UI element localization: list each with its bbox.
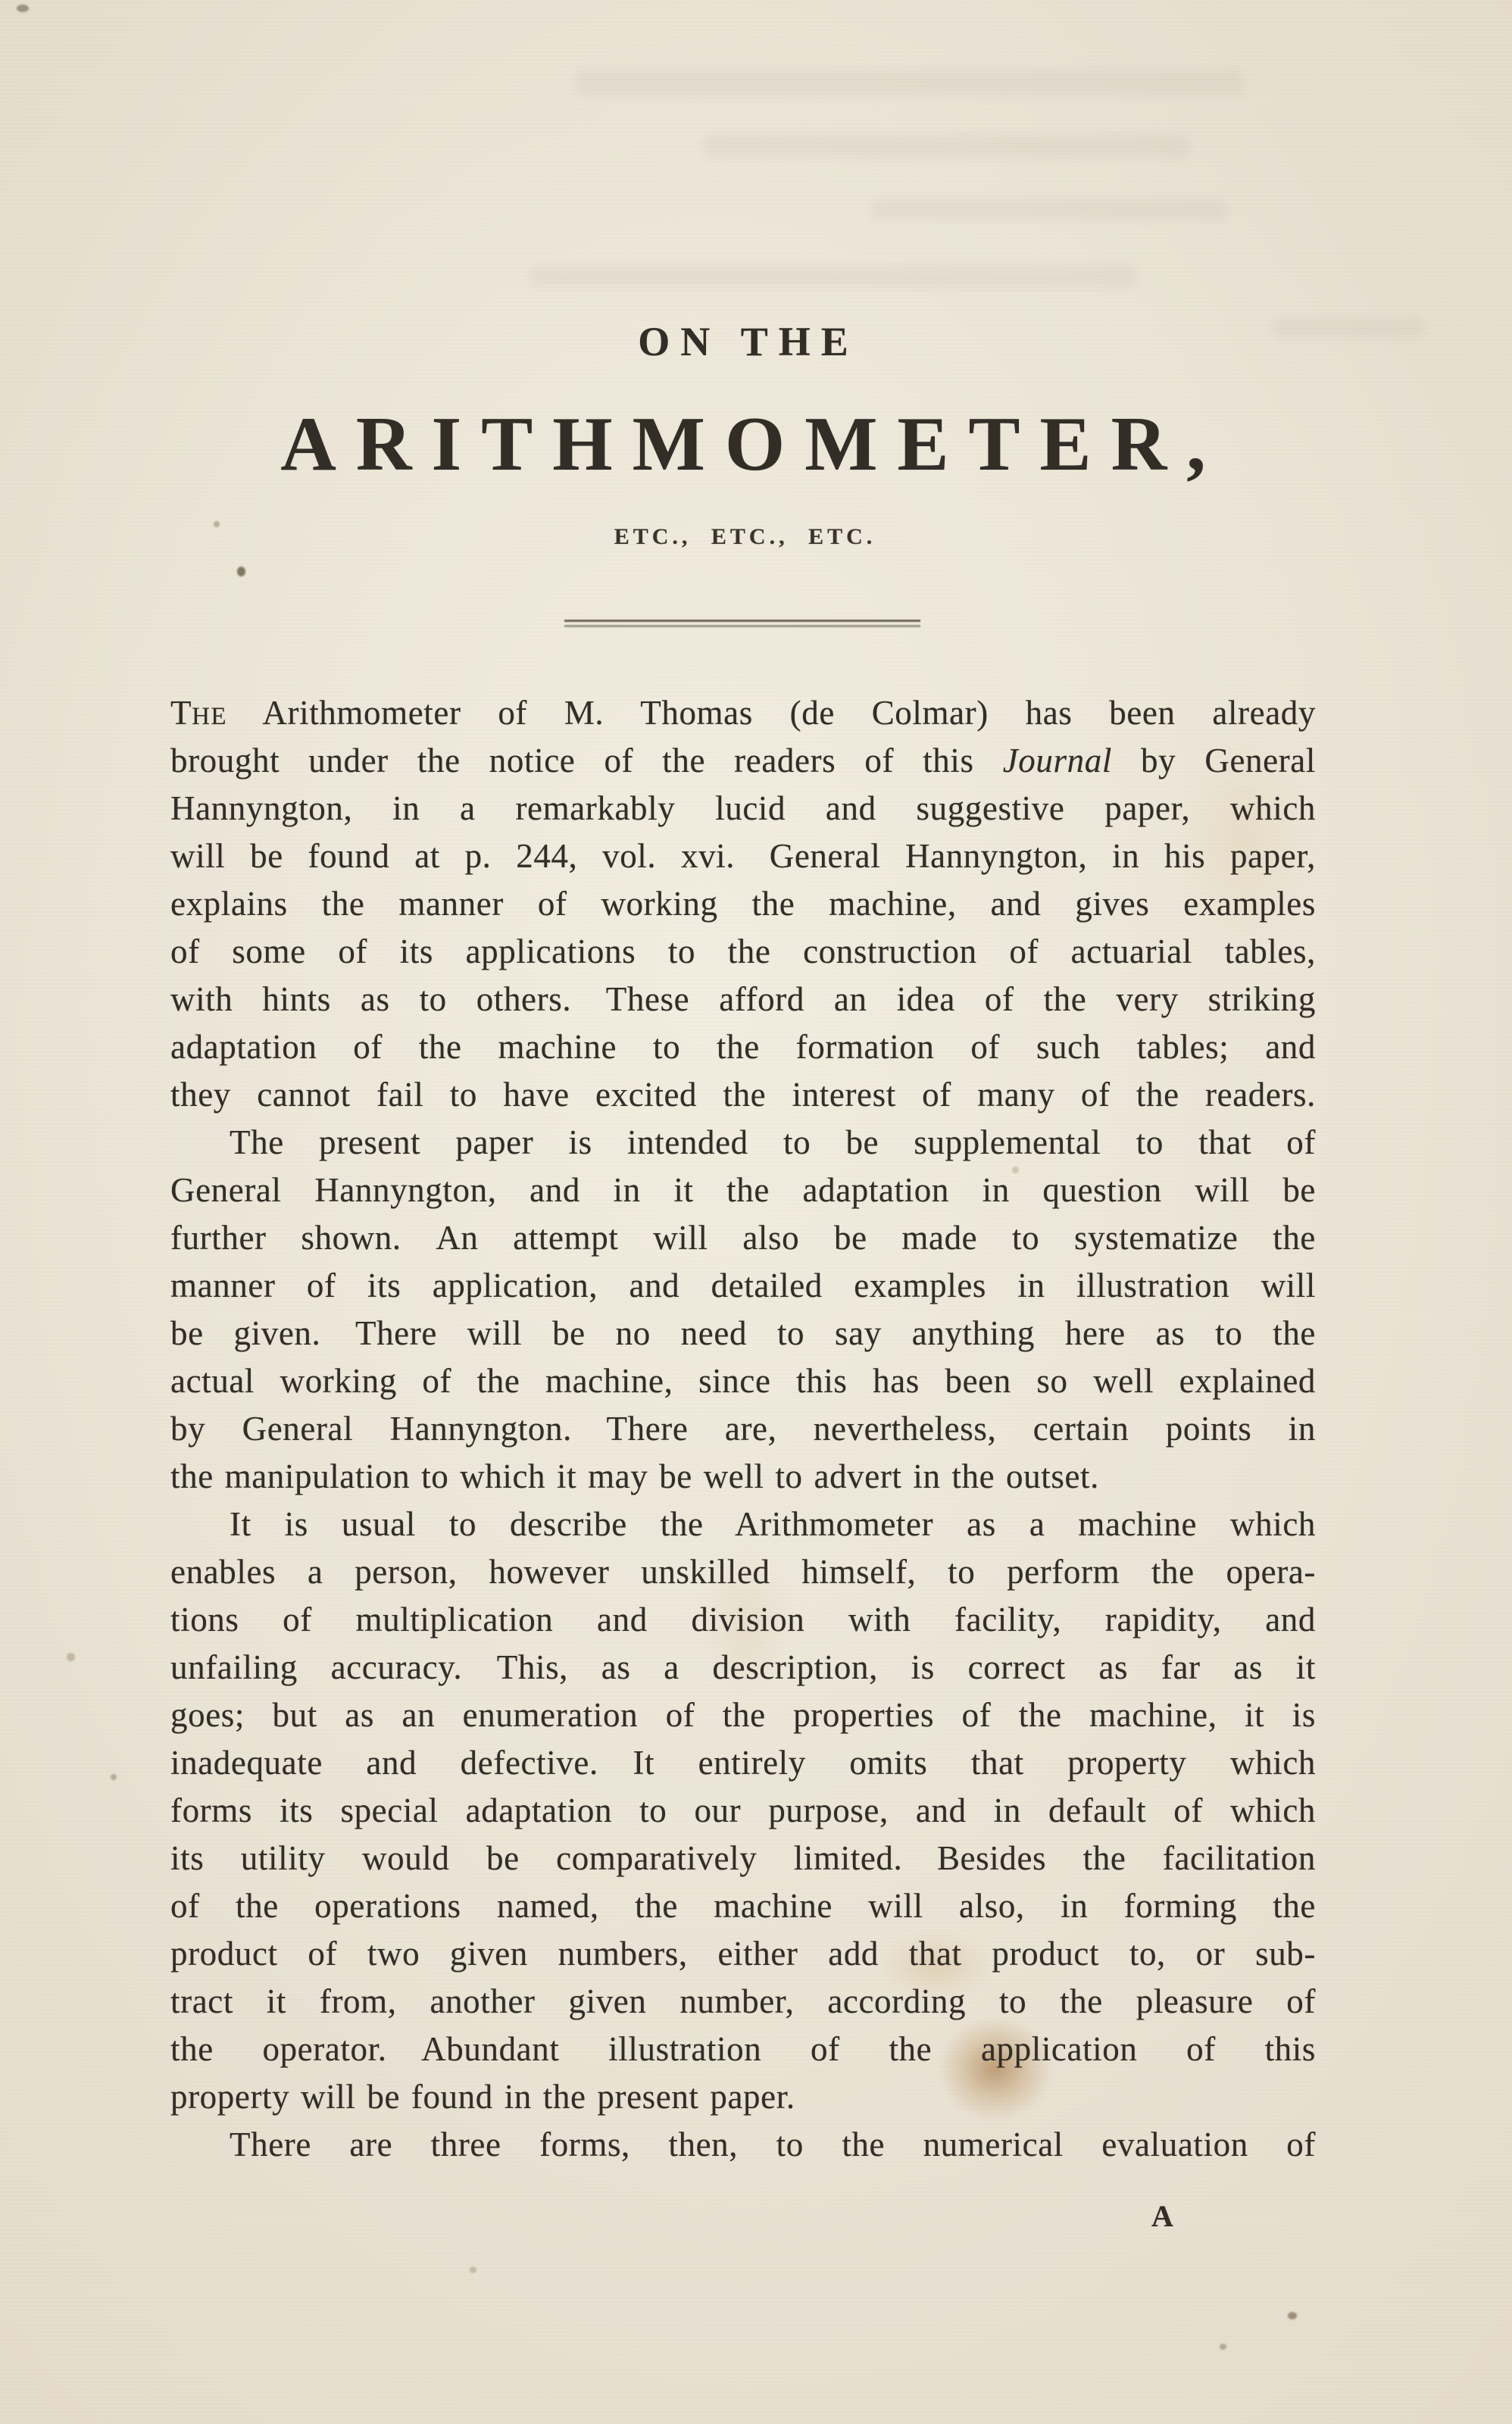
paper-speck xyxy=(67,1653,75,1661)
text-line: unfailing accuracy. This, as a descripti… xyxy=(170,1644,1316,1691)
showthrough-smudge xyxy=(576,70,1242,95)
scanned-page: ON THE ARITHMOMETER, ETC., ETC., ETC. TH… xyxy=(0,0,1512,2424)
text-segment: goes; but as an enumeration of the prope… xyxy=(170,1696,1316,1734)
showthrough-smudge xyxy=(871,198,1227,220)
title-rule xyxy=(564,620,920,627)
showthrough-smudge xyxy=(704,135,1189,158)
text-segment: tract it from, another given number, acc… xyxy=(170,1982,1316,2020)
text-segment: by General Hannyngton. There are, nevert… xyxy=(170,1410,1316,1448)
text-segment: The present paper is intended to be supp… xyxy=(230,1123,1316,1161)
text-segment: the operator. Abundant illustration of t… xyxy=(170,2030,1316,2068)
text-line: There are three forms, then, to the nume… xyxy=(170,2121,1316,2169)
text-segment: brought under the notice of the readers … xyxy=(170,742,1003,779)
text-segment: tions of multiplication and division wit… xyxy=(170,1601,1316,1638)
text-segment: It is usual to describe the Arithmometer… xyxy=(230,1505,1316,1543)
paper-speck xyxy=(1288,2312,1297,2319)
heading-on-the: ON THE xyxy=(170,318,1316,365)
text-line: by General Hannyngton. There are, nevert… xyxy=(170,1405,1316,1453)
paper-speck xyxy=(237,567,245,576)
text-line: the manipulation to which it may be well… xyxy=(170,1453,1316,1501)
text-line: with hints as to others. These afford an… xyxy=(170,976,1316,1023)
text-line: brought under the notice of the readers … xyxy=(170,737,1316,785)
italic-text: Journal xyxy=(1003,742,1112,779)
text-line: product of two given numbers, either add… xyxy=(170,1930,1316,1978)
smallcaps-text: HE xyxy=(192,703,227,730)
text-segment: with hints as to others. These afford an… xyxy=(170,980,1316,1018)
text-segment: Arithmometer of M. Thomas (de Colmar) ha… xyxy=(227,694,1316,732)
text-line: further shown. An attempt will also be m… xyxy=(170,1214,1316,1262)
signature-mark: A xyxy=(1151,2198,1173,2235)
text-line: THE Arithmometer of M. Thomas (de Colmar… xyxy=(170,689,1316,737)
text-line: will be found at p. 244, vol. xvi. Gener… xyxy=(170,832,1316,880)
text-line: its utility would be comparatively limit… xyxy=(170,1835,1316,1882)
text-line: enables a person, however unskilled hims… xyxy=(170,1548,1316,1596)
text-line: be given. There will be no need to say a… xyxy=(170,1310,1316,1357)
text-segment: by General xyxy=(1112,742,1316,779)
text-segment: T xyxy=(170,694,192,732)
text-segment: inadequate and defective. It entirely om… xyxy=(170,1744,1316,1782)
text-line: the operator. Abundant illustration of t… xyxy=(170,2026,1316,2073)
text-line: inadequate and defective. It entirely om… xyxy=(170,1739,1316,1787)
text-line: General Hannyngton, and in it the adapta… xyxy=(170,1167,1316,1214)
text-segment: explains the manner of working the machi… xyxy=(170,885,1316,923)
text-segment: further shown. An attempt will also be m… xyxy=(170,1219,1316,1257)
text-segment: manner of its application, and detailed … xyxy=(170,1267,1316,1304)
text-line: actual working of the machine, since thi… xyxy=(170,1357,1316,1405)
text-segment: property will be found in the present pa… xyxy=(170,2078,795,2116)
text-line: adaptation of the machine to the formati… xyxy=(170,1023,1316,1071)
text-line: explains the manner of working the machi… xyxy=(170,880,1316,928)
text-line: they cannot fail to have excited the int… xyxy=(170,1071,1316,1119)
text-line: It is usual to describe the Arithmometer… xyxy=(170,1501,1316,1548)
text-segment: of the operations named, the machine wil… xyxy=(170,1887,1316,1925)
body-text: THE Arithmometer of M. Thomas (de Colmar… xyxy=(170,689,1316,2169)
text-segment: unfailing accuracy. This, as a descripti… xyxy=(170,1648,1316,1686)
page-title: ARITHMOMETER, xyxy=(170,400,1316,489)
text-segment: General Hannyngton, and in it the adapta… xyxy=(170,1171,1316,1209)
text-line: of some of its applications to the const… xyxy=(170,928,1316,976)
text-segment: the manipulation to which it may be well… xyxy=(170,1457,1099,1495)
text-line: manner of its application, and detailed … xyxy=(170,1262,1316,1310)
text-segment: will be found at p. 244, vol. xvi. Gener… xyxy=(170,837,1316,875)
text-line: Hannyngton, in a remarkably lucid and su… xyxy=(170,785,1316,832)
text-segment: enables a person, however unskilled hims… xyxy=(170,1553,1316,1591)
paper-speck xyxy=(17,5,29,12)
text-segment: they cannot fail to have excited the int… xyxy=(170,1076,1316,1114)
text-segment: Hannyngton, in a remarkably lucid and su… xyxy=(170,789,1316,827)
showthrough-smudge xyxy=(530,265,1136,288)
text-line: tract it from, another given number, acc… xyxy=(170,1978,1316,2026)
paper-speck xyxy=(1220,2344,1226,2350)
text-segment: be given. There will be no need to say a… xyxy=(170,1314,1316,1352)
paper-speck xyxy=(111,1774,117,1780)
text-line: The present paper is intended to be supp… xyxy=(170,1119,1316,1167)
text-line: forms its special adaptation to our purp… xyxy=(170,1787,1316,1835)
text-segment: its utility would be comparatively limit… xyxy=(170,1839,1316,1877)
text-segment: of some of its applications to the const… xyxy=(170,932,1316,970)
etc-line: ETC., ETC., ETC. xyxy=(170,524,1316,550)
text-segment: forms its special adaptation to our purp… xyxy=(170,1791,1316,1829)
paper-speck xyxy=(470,2266,476,2273)
text-segment: actual working of the machine, since thi… xyxy=(170,1362,1316,1400)
text-segment: There are three forms, then, to the nume… xyxy=(230,2126,1316,2163)
text-line: property will be found in the present pa… xyxy=(170,2073,1316,2121)
text-line: of the operations named, the machine wil… xyxy=(170,1882,1316,1930)
text-line: tions of multiplication and division wit… xyxy=(170,1596,1316,1644)
text-line: goes; but as an enumeration of the prope… xyxy=(170,1691,1316,1739)
text-segment: product of two given numbers, either add… xyxy=(170,1935,1316,1973)
text-segment: adaptation of the machine to the formati… xyxy=(170,1028,1316,1066)
